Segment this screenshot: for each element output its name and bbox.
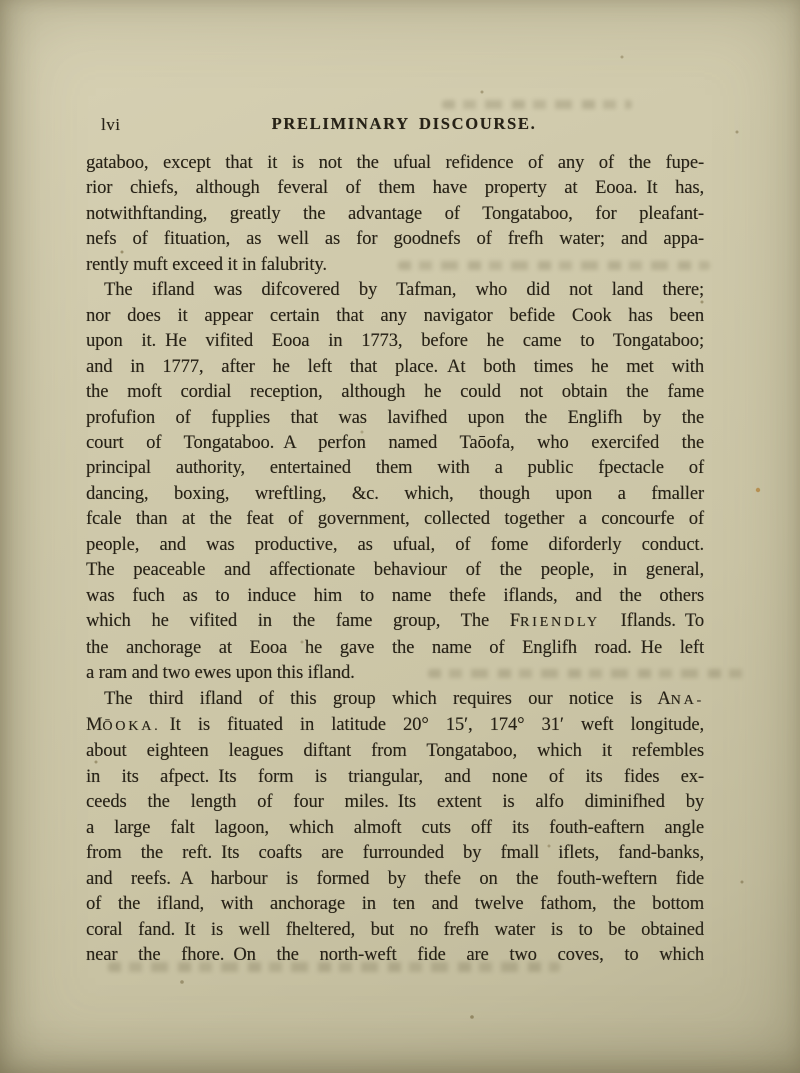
text-line: nor does it appear certain that any navi… <box>86 304 704 329</box>
running-title: PRELIMINARY DISCOURSE. <box>95 114 713 134</box>
text-segment: The third ifland of this group which req… <box>104 689 671 709</box>
text-segment: and reefs. A harbour is formed by thefe … <box>86 869 704 889</box>
text-segment: in its afpect. Its form is triangular, a… <box>86 767 704 787</box>
text-line: gataboo, except that it is not the ufual… <box>86 151 704 176</box>
text-segment: which he vifited in the fame group, The … <box>86 611 520 631</box>
text-line: MŌOKA. It is fituated in latitude 20° 15… <box>86 713 704 739</box>
book-page-scan: lvi PRELIMINARY DISCOURSE. gataboo, exce… <box>0 0 800 1073</box>
text-segment: rently muft exceed it in falubrity. <box>86 255 327 275</box>
text-line: in its afpect. Its form is triangular, a… <box>86 765 704 790</box>
text-segment: notwithftanding, greatly the advantage o… <box>86 204 704 224</box>
text-line: dancing, boxing, wreftling, &c. which, t… <box>86 482 704 507</box>
text-segment: principal authority, entertained them wi… <box>86 458 704 478</box>
text-segment: profufion of fupplies that was lavifhed … <box>86 408 704 428</box>
page-show-through <box>442 100 632 109</box>
text-segment: dancing, boxing, wreftling, &c. which, t… <box>86 484 704 504</box>
text-segment: M <box>86 715 102 735</box>
text-line: and in 1777, after he left that place. A… <box>86 355 704 380</box>
text-line: people, and was productive, as ufual, of… <box>86 533 704 558</box>
text-line: the anchorage at Eooa he gave the name o… <box>86 636 704 661</box>
text-segment: nor does it appear certain that any navi… <box>86 306 704 326</box>
text-segment: It is fituated in latitude 20° 15′, 174°… <box>160 715 704 735</box>
small-caps-segment: ŌOKA. <box>102 718 160 734</box>
text-segment: a large falt lagoon, which almoft cuts o… <box>86 818 704 838</box>
text-line: of the ifland, with anchorage in ten and… <box>86 892 704 917</box>
text-segment: court of Tongataboo. A perfon named Taōo… <box>86 433 704 453</box>
text-block: gataboo, except that it is not the ufual… <box>86 151 704 969</box>
small-caps-segment: RIENDLY <box>520 614 600 630</box>
text-line: fcale than at the feat of government, co… <box>86 507 704 532</box>
text-segment: the anchorage at Eooa he gave the name o… <box>86 638 704 658</box>
text-segment: a ram and two ewes upon this ifland. <box>86 663 355 683</box>
text-segment: was fuch as to induce him to name thefe … <box>86 586 704 606</box>
text-segment: about eighteen leagues diftant from Tong… <box>86 741 704 761</box>
text-segment: rior chiefs, although feveral of them ha… <box>86 178 704 198</box>
text-segment: of the ifland, with anchorage in ten and… <box>86 894 704 914</box>
text-line: nefs of fituation, as well as for goodne… <box>86 227 704 252</box>
text-segment: fcale than at the feat of government, co… <box>86 509 704 529</box>
foxing-specks <box>0 0 2 2</box>
text-line: upon it. He vifited Eooa in 1773, before… <box>86 329 704 354</box>
text-line: was fuch as to induce him to name thefe … <box>86 584 704 609</box>
text-line: which he vifited in the fame group, The … <box>86 609 704 635</box>
page-header: lvi PRELIMINARY DISCOURSE. <box>86 114 704 138</box>
text-line: rently muft exceed it in falubrity. <box>86 253 704 278</box>
text-segment: Iflands. To <box>600 611 704 631</box>
text-line: a large falt lagoon, which almoft cuts o… <box>86 816 704 841</box>
text-line: a ram and two ewes upon this ifland. <box>86 661 704 686</box>
text-line: The peaceable and affectionate behaviour… <box>86 558 704 583</box>
text-line: from the reft. Its coafts are furrounded… <box>86 841 704 866</box>
text-line: about eighteen leagues diftant from Tong… <box>86 739 704 764</box>
text-line: the moft cordial reception, although he … <box>86 380 704 405</box>
text-line: near the fhore. On the north-weft fide a… <box>86 943 704 968</box>
text-segment: gataboo, except that it is not the ufual… <box>86 153 704 173</box>
text-segment: upon it. He vifited Eooa in 1773, before… <box>86 331 704 351</box>
text-segment: The peaceable and affectionate behaviour… <box>86 560 704 580</box>
text-line: profufion of fupplies that was lavifhed … <box>86 406 704 431</box>
text-line: rior chiefs, although feveral of them ha… <box>86 176 704 201</box>
text-segment: the moft cordial reception, although he … <box>86 382 704 402</box>
text-line: ceeds the length of four miles. Its exte… <box>86 790 704 815</box>
text-line: coral fand. It is well fheltered, but no… <box>86 918 704 943</box>
text-segment: and in 1777, after he left that place. A… <box>86 357 704 377</box>
text-line: court of Tongataboo. A perfon named Taōo… <box>86 431 704 456</box>
text-segment: from the reft. Its coafts are furrounded… <box>86 843 704 863</box>
text-segment: near the fhore. On the north-weft fide a… <box>86 945 704 965</box>
text-segment: ceeds the length of four miles. Its exte… <box>86 792 704 812</box>
text-segment: The ifland was difcovered by Tafman, who… <box>104 280 704 300</box>
text-line: The ifland was difcovered by Tafman, who… <box>86 278 704 303</box>
text-line: notwithftanding, greatly the advantage o… <box>86 202 704 227</box>
text-segment: nefs of fituation, as well as for goodne… <box>86 229 704 249</box>
text-segment: coral fand. It is well fheltered, but no… <box>86 920 704 940</box>
text-line: and reefs. A harbour is formed by thefe … <box>86 867 704 892</box>
text-line: principal authority, entertained them wi… <box>86 456 704 481</box>
text-segment: people, and was productive, as ufual, of… <box>86 535 704 555</box>
text-line: The third ifland of this group which req… <box>86 687 704 713</box>
small-caps-segment: NA- <box>671 692 704 708</box>
